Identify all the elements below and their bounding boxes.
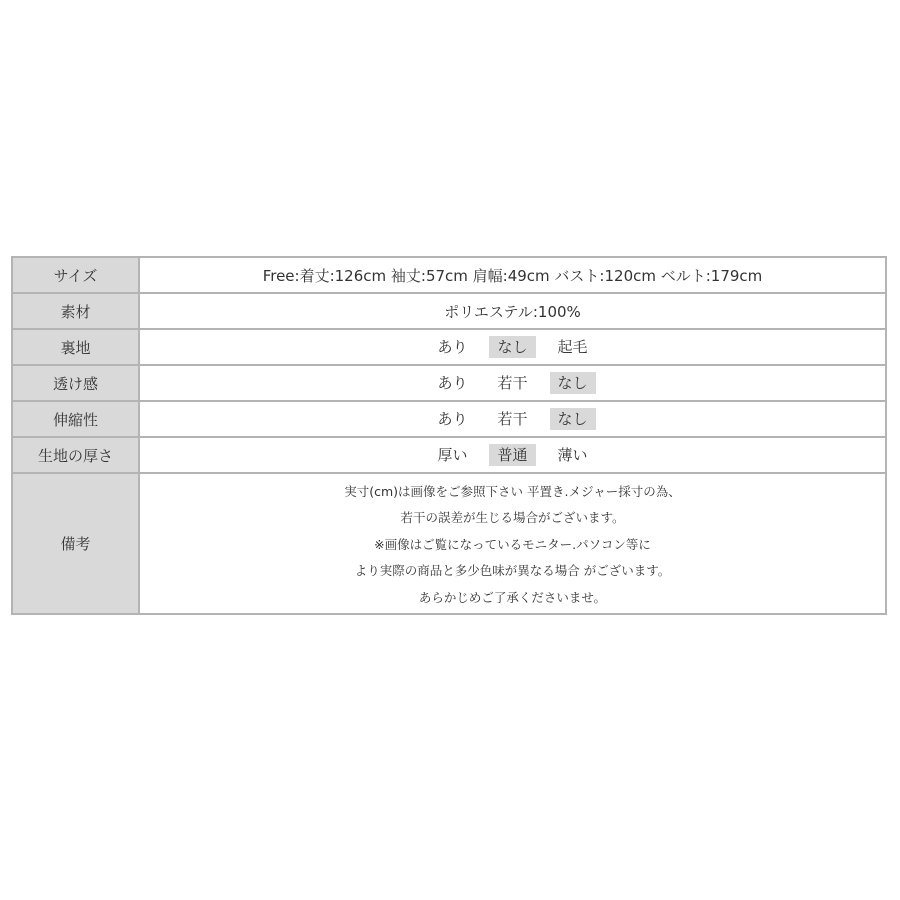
row-transparency: 透け感 あり若干なし [12,365,886,401]
value-size: Free:着丈:126cm 袖丈:57cm 肩幅:49cm バスト:120cm … [139,257,886,293]
row-size: サイズ Free:着丈:126cm 袖丈:57cm 肩幅:49cm バスト:12… [12,257,886,293]
option-lining-yes: あり [429,336,475,358]
row-thickness: 生地の厚さ 厚い普通薄い [12,437,886,473]
option-stretch-yes: あり [429,408,475,430]
row-notes: 備考 実寸(cm)は画像をご参照下さい 平置き.メジャー採寸の為、 若干の誤差が… [12,473,886,614]
option-transparency-yes: あり [429,372,475,394]
row-lining: 裏地 ありなし起毛 [12,329,886,365]
option-thickness-normal-selected: 普通 [489,444,535,466]
notes-text: 実寸(cm)は画像をご参照下さい 平置き.メジャー採寸の為、 若干の誤差が生じる… [140,476,885,612]
value-material: ポリエステル:100% [139,293,886,329]
notes-line: より実際の商品と多少色味が異なる場合 がございます。 [140,558,885,585]
row-stretch: 伸縮性 あり若干なし [12,401,886,437]
label-transparency: 透け感 [12,365,139,401]
option-stretch-none-selected: なし [550,408,596,430]
label-size: サイズ [12,257,139,293]
label-material: 素材 [12,293,139,329]
product-spec-table: サイズ Free:着丈:126cm 袖丈:57cm 肩幅:49cm バスト:12… [11,256,887,615]
notes-line: あらかじめご了承くださいませ。 [140,585,885,612]
notes-line: ※画像はご覧になっているモニター.パソコン等に [140,532,885,559]
label-stretch: 伸縮性 [12,401,139,437]
notes-line: 若干の誤差が生じる場合がございます。 [140,505,885,532]
option-lining-brushed: 起毛 [550,336,596,358]
label-thickness: 生地の厚さ [12,437,139,473]
value-stretch: あり若干なし [139,401,886,437]
label-lining: 裏地 [12,329,139,365]
value-notes: 実寸(cm)は画像をご参照下さい 平置き.メジャー採寸の為、 若干の誤差が生じる… [139,473,886,614]
option-transparency-slight: 若干 [489,372,535,394]
option-lining-none-selected: なし [489,336,535,358]
option-thickness-thick: 厚い [429,444,475,466]
option-thickness-thin: 薄い [550,444,596,466]
notes-line: 実寸(cm)は画像をご参照下さい 平置き.メジャー採寸の為、 [140,479,885,506]
value-thickness: 厚い普通薄い [139,437,886,473]
value-transparency: あり若干なし [139,365,886,401]
label-notes: 備考 [12,473,139,614]
option-stretch-slight: 若干 [489,408,535,430]
row-material: 素材 ポリエステル:100% [12,293,886,329]
option-transparency-none-selected: なし [550,372,596,394]
value-lining: ありなし起毛 [139,329,886,365]
